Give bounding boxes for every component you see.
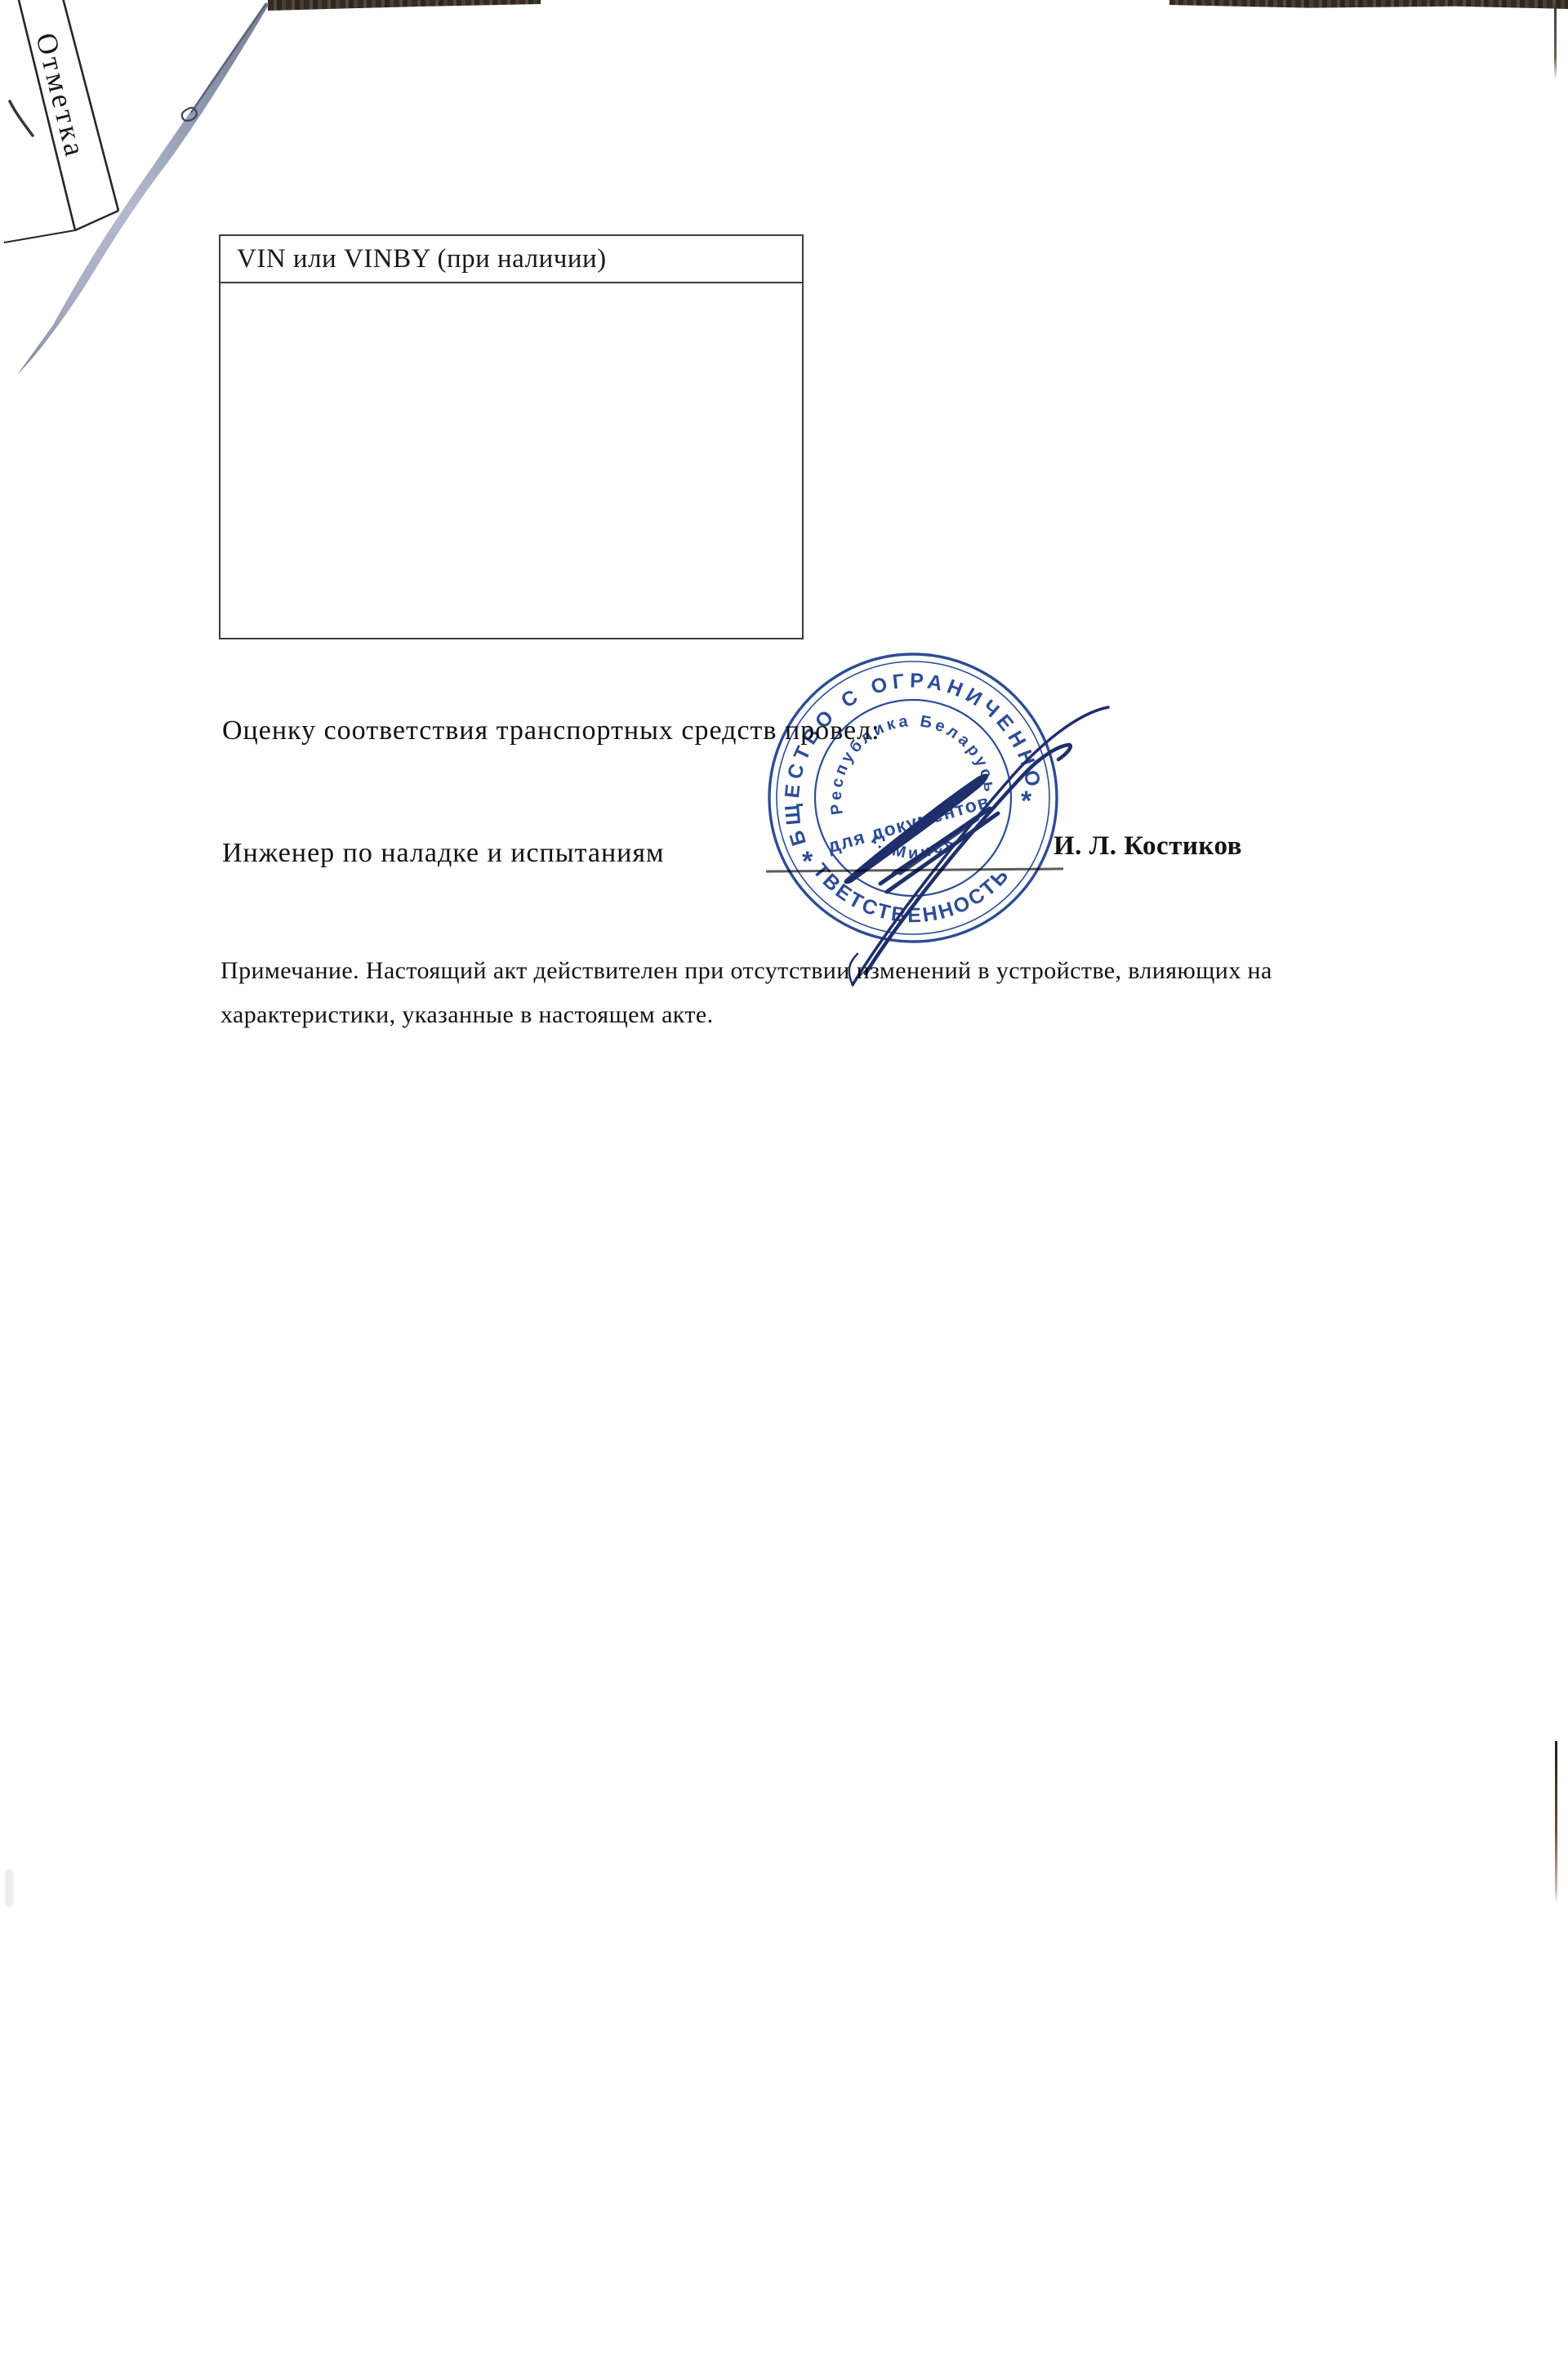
scan-edge-tick-top-right xyxy=(1554,5,1557,80)
scan-edge-line-right xyxy=(1555,1741,1557,1904)
stamp-star-right: * xyxy=(1021,786,1032,817)
pen-check-slash xyxy=(10,101,33,136)
company-stamp: ОБЩЕСТВО С ОГРАНИЧЕННОЙ ОТВЕТСТВЕННОСТЬЮ… xyxy=(719,612,1225,1004)
pen-stroke-core xyxy=(191,3,266,113)
scan-edge-strip-right xyxy=(1169,0,1568,9)
vin-table-header: VIN или VINBY (при наличии) xyxy=(220,236,802,283)
scanned-document-page: Отметка VIN или VINBY (при наличии) Оцен… xyxy=(0,0,1568,2374)
scan-smudge-left xyxy=(5,1868,13,1908)
corner-label-otmetka: Отметка xyxy=(29,29,92,162)
vin-table: VIN или VINBY (при наличии) xyxy=(219,234,804,639)
stamp-star-left: * xyxy=(802,846,813,877)
signer-role: Инженер по наладке и испытаниям xyxy=(222,838,665,869)
